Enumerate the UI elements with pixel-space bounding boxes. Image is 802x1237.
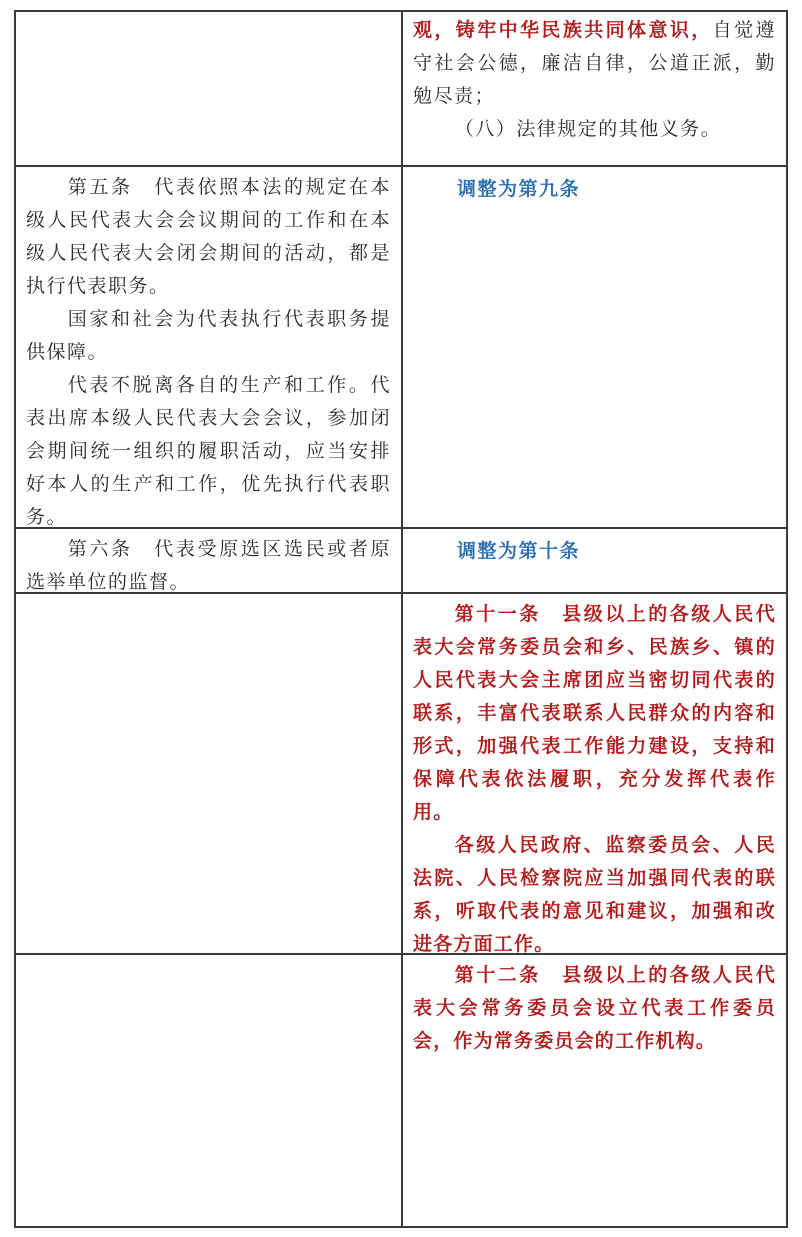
table-row: 第十一条 县级以上的各级人民代表大会常务委员会和乡、民族乡、镇的人民代表大会主席… <box>16 594 786 955</box>
revised-text-cell: 第十一条 县级以上的各级人民代表大会常务委员会和乡、民族乡、镇的人民代表大会主席… <box>403 594 786 953</box>
revised-paragraph: （八）法律规定的其他义务。 <box>413 113 776 146</box>
added-article-paragraph: 第十一条 县级以上的各级人民代表大会常务委员会和乡、民族乡、镇的人民代表大会主席… <box>413 598 776 829</box>
added-article-paragraph: 第十二条 县级以上的各级人民代表大会常务委员会设立代表工作委员会，作为常务委员会… <box>413 959 776 1058</box>
added-text: 观，铸牢中华民族共同体意识， <box>413 19 713 41</box>
table-row: 观，铸牢中华民族共同体意识，自觉遵守社会公德，廉洁自律，公道正派，勤勉尽责； （… <box>16 12 786 167</box>
original-text-cell <box>16 594 403 953</box>
comparison-table: 观，铸牢中华民族共同体意识，自觉遵守社会公德，廉洁自律，公道正派，勤勉尽责； （… <box>14 10 788 1228</box>
original-paragraph: 第六条 代表受原选区选民或者原选举单位的监督。 <box>26 533 391 599</box>
original-text-cell <box>16 955 403 1226</box>
original-paragraph: 第五条 代表依照本法的规定在本级人民代表大会会议期间的工作和在本级人民代表大会闭… <box>26 171 391 303</box>
original-paragraph: 国家和社会为代表执行代表职务提供保障。 <box>26 303 391 369</box>
revised-text-cell: 观，铸牢中华民族共同体意识，自觉遵守社会公德，廉洁自律，公道正派，勤勉尽责； （… <box>403 12 786 165</box>
added-article-paragraph: 各级人民政府、监察委员会、人民法院、人民检察院应当加强同代表的联系，听取代表的意… <box>413 829 776 961</box>
table-row: 第六条 代表受原选区选民或者原选举单位的监督。 调整为第十条 <box>16 529 786 594</box>
table-row: 第十二条 县级以上的各级人民代表大会常务委员会设立代表工作委员会，作为常务委员会… <box>16 955 786 1226</box>
table-row: 第五条 代表依照本法的规定在本级人民代表大会会议期间的工作和在本级人民代表大会闭… <box>16 167 786 529</box>
revised-text-cell: 第十二条 县级以上的各级人民代表大会常务委员会设立代表工作委员会，作为常务委员会… <box>403 955 786 1226</box>
adjustment-note: 调整为第九条 <box>413 171 776 206</box>
original-text-cell: 第六条 代表受原选区选民或者原选举单位的监督。 <box>16 529 403 592</box>
revised-paragraph: 观，铸牢中华民族共同体意识，自觉遵守社会公德，廉洁自律，公道正派，勤勉尽责； <box>413 14 776 113</box>
original-text-cell: 第五条 代表依照本法的规定在本级人民代表大会会议期间的工作和在本级人民代表大会闭… <box>16 167 403 527</box>
adjustment-note: 调整为第十条 <box>413 533 776 568</box>
revised-text-cell: 调整为第十条 <box>403 529 786 592</box>
original-paragraph: 代表不脱离各自的生产和工作。代表出席本级人民代表大会会议，参加闭会期间统一组织的… <box>26 369 391 534</box>
original-text-cell <box>16 12 403 165</box>
revised-text-cell: 调整为第九条 <box>403 167 786 527</box>
